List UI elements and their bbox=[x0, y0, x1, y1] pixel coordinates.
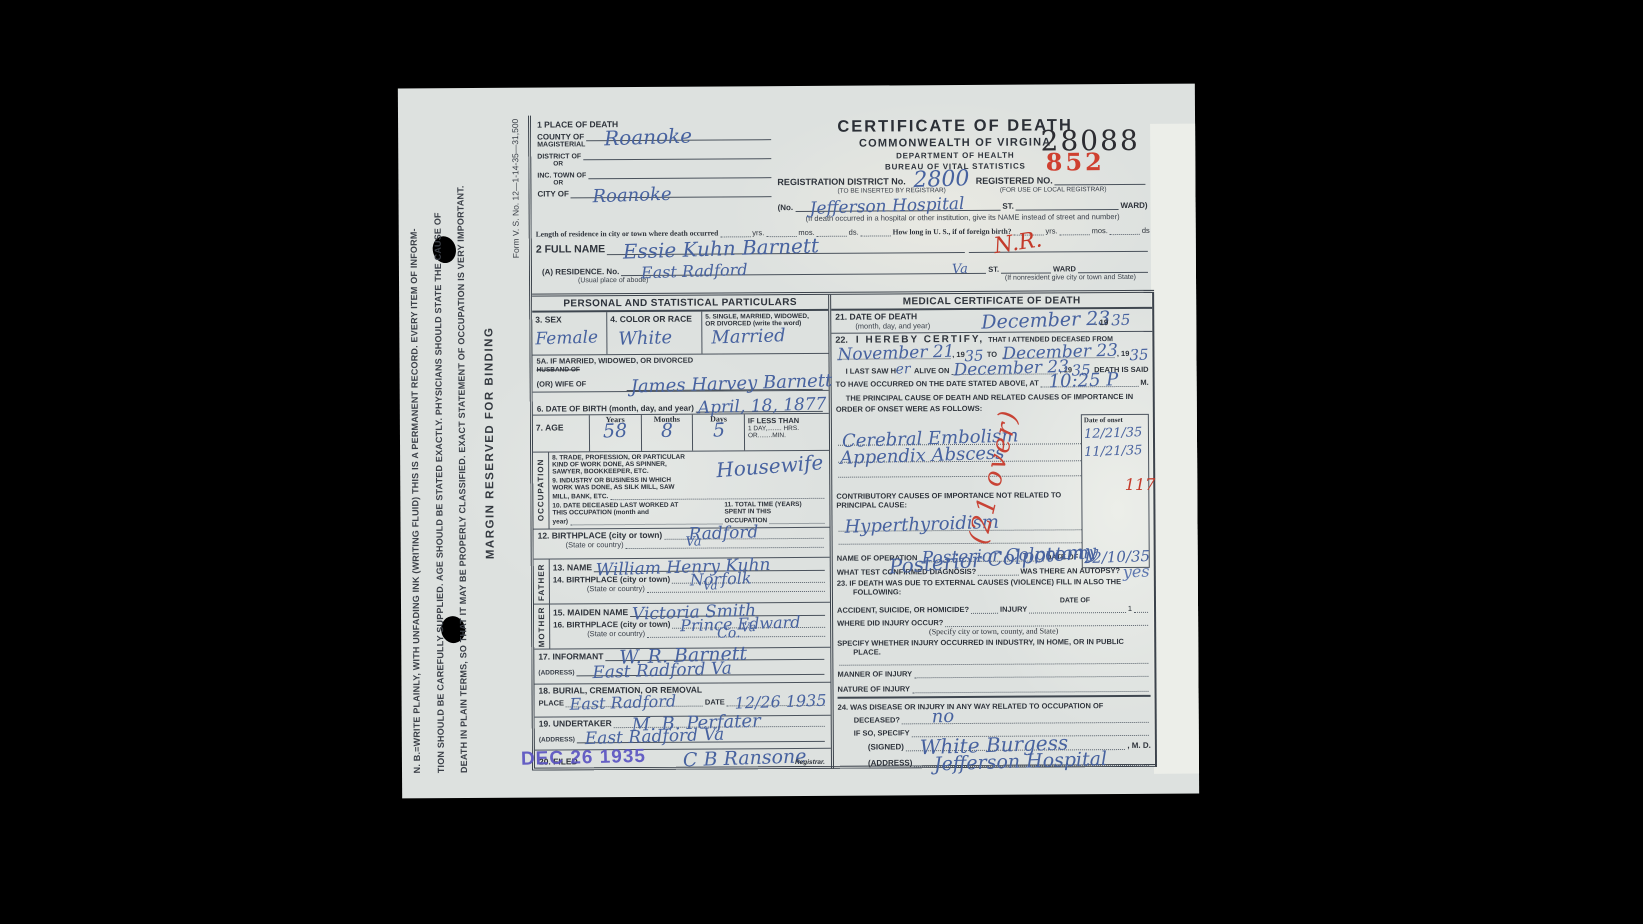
residence-length-line: Length of residence in city or town wher… bbox=[536, 226, 1150, 239]
nature-label: NATURE OF INJURY bbox=[837, 684, 910, 693]
city-of-label: CITY OF bbox=[537, 189, 568, 198]
residence-a-block: (A) RESIDENCE. No. East Radford Va ST. W… bbox=[542, 262, 1150, 285]
burial-date-label: DATE bbox=[705, 698, 725, 707]
contributory-label-1: CONTRIBUTORY CAUSES OF IMPORTANCE NOT RE… bbox=[836, 490, 1083, 501]
dotted-line: Appendix Abscess bbox=[838, 452, 1081, 462]
medical-column: MEDICAL CERTIFICATE OF DEATH 21. DATE OF… bbox=[831, 293, 1157, 769]
dotted-line: Co. Va bbox=[647, 628, 825, 638]
mother-bp-sub: (State or country) bbox=[587, 629, 645, 638]
mother-name-label: 15. MAIDEN NAME bbox=[553, 607, 628, 617]
form-columns: PERSONAL AND STATISTICAL PARTICULARS 3. … bbox=[532, 293, 1157, 771]
form-number: Form V. S. No. 12—1-14-35—31,500 bbox=[510, 113, 524, 773]
father-side-label-wrap: FATHER bbox=[534, 560, 550, 604]
informant-row: 17. INFORMANT W. R. Barnett (ADDRESS) Ea… bbox=[534, 648, 830, 685]
registrar-label: Registrar. bbox=[795, 759, 825, 766]
mos2-label: mos. bbox=[1092, 226, 1108, 235]
age-years-handwriting: 58 bbox=[603, 424, 628, 439]
nonresident-caption: (If nonresident give city or town and St… bbox=[1005, 274, 1136, 282]
ds2-label: ds bbox=[1142, 226, 1150, 235]
ward2-label: WARD bbox=[1053, 264, 1076, 273]
street-no-label: (No. bbox=[778, 203, 794, 212]
if-less-label-3: OR........MIN. bbox=[748, 432, 826, 439]
registration-block: REGISTRATION DISTRICT No. 2800 REGISTERE… bbox=[777, 174, 1147, 223]
marital-cell: 5. SINGLE, MARRIED, WIDOWED, OR DIVORCED… bbox=[702, 311, 828, 354]
meridian-label: M. bbox=[1140, 377, 1148, 386]
external-causes-block: 23. IF DEATH WAS DUE TO EXTERNAL CAUSES … bbox=[833, 576, 1155, 700]
write-line: East Radford Va bbox=[576, 664, 824, 677]
age-days-handwriting: 5 bbox=[712, 423, 725, 438]
occurred-label: TO HAVE OCCURRED ON THE DATE STATED ABOV… bbox=[836, 378, 1039, 388]
write-line: April, 18, 1877 bbox=[696, 401, 823, 413]
last-saw-label: I LAST SAW H bbox=[846, 366, 896, 375]
occ-rel-handwriting: no bbox=[932, 709, 955, 723]
age-months-cell: Months 8 bbox=[642, 414, 694, 450]
margin-nb-line1: N. B.=WRITE PLAINLY, WITH UNFADING INK (… bbox=[408, 113, 422, 773]
undertaker-addr-handwriting: East Radford Va bbox=[585, 729, 725, 746]
sex-label: 3. SEX bbox=[535, 314, 603, 324]
last-worked-label-3: year) bbox=[552, 518, 568, 525]
dotted-line bbox=[861, 227, 891, 236]
principal-label-1: THE PRINCIPAL CAUSE OF DEATH AND RELATED… bbox=[846, 391, 1149, 402]
mother-side-label-wrap: MOTHER bbox=[534, 605, 550, 649]
cause2-date-handwriting: 11/21/35 bbox=[1084, 446, 1143, 458]
test-autopsy-row: Posterior Colpotomy WHAT TEST CONFIRMED … bbox=[833, 561, 1154, 577]
certify-block: 22. I HEREBY CERTIFY, THAT I ATTENDED DE… bbox=[831, 332, 1152, 414]
margin-nb-line2: TION SHOULD BE CAREFULLY SUPPLIED. AGE S… bbox=[431, 113, 445, 773]
last-worked-cell: 10. DATE DECEASED LAST WORKED AT THIS OC… bbox=[552, 501, 724, 525]
dotted-line: December 23 bbox=[951, 365, 1057, 375]
red-117-annotation: 117 bbox=[1125, 474, 1156, 493]
dotted-line bbox=[914, 668, 1148, 678]
spouse-section-label: 5A. IF MARRIED, WIDOWED, OR DIVORCED bbox=[536, 355, 824, 366]
to-label: TO bbox=[987, 350, 997, 359]
spouse-handwriting: James Harvey Barnett bbox=[630, 375, 832, 395]
age-months-handwriting: 8 bbox=[661, 423, 674, 438]
age-row: 7. AGE Years 58 Months 8 Days 5 IF LESS … bbox=[533, 414, 829, 453]
ds-label: ds. bbox=[849, 228, 859, 237]
reg-district-label: REGISTRATION DISTRICT No. bbox=[777, 176, 905, 187]
cause1-date-handwriting: 12/21/35 bbox=[1084, 428, 1143, 440]
father-side-label: FATHER bbox=[537, 563, 546, 600]
injury-date-cell: DATE OF INJURY 1 bbox=[1000, 597, 1150, 614]
sex-cell: 3. SEX Female bbox=[532, 312, 607, 354]
reg-district-handwriting: 2800 bbox=[913, 171, 970, 189]
dotted-line bbox=[971, 605, 998, 614]
dotted-line: no bbox=[902, 714, 1149, 725]
filed-date-stamp: DEC 26 1935 bbox=[521, 746, 647, 771]
certify-no: 22. bbox=[835, 335, 848, 345]
abode-caption: (Usual place of abode) bbox=[578, 277, 648, 284]
birthplace-sub: (State or country) bbox=[566, 540, 624, 549]
dotted-line: Va bbox=[626, 538, 824, 548]
mother-main: 15. MAIDEN NAME Victoria Smith 16. BIRTH… bbox=[550, 603, 830, 649]
st2-label: ST. bbox=[988, 265, 999, 274]
yrs2-label: yrs. bbox=[1045, 226, 1057, 235]
father-block: FATHER 13. NAME William Henry Kuhn 14. B… bbox=[534, 558, 830, 605]
time-handwriting: 10:25 P bbox=[1049, 373, 1119, 389]
or-label-1: OR bbox=[553, 159, 773, 167]
spouse-row: 5A. IF MARRIED, WIDOWED, OR DIVORCED HUS… bbox=[532, 354, 828, 393]
date-of-death-row: 21. DATE OF DEATH (month, day, and year)… bbox=[831, 309, 1152, 334]
margin-nb-line3: DEATH IN PLAIN TERMS, SO THAT IT MAY BE … bbox=[455, 113, 469, 773]
residence-handwriting: East Radford bbox=[641, 264, 748, 279]
write-line: East Radford Va bbox=[621, 263, 986, 276]
certificate-numbers: 28088 852 bbox=[1029, 124, 1151, 177]
write-line bbox=[1055, 174, 1146, 186]
dotted-line: Jefferson Hospital bbox=[914, 757, 1149, 767]
write-line: Roanoke bbox=[571, 186, 772, 198]
occupation-related-block: 24. WAS DISEASE OR INJURY IN ANY WAY REL… bbox=[834, 700, 1155, 769]
birthplace-row: 12. BIRTHPLACE (city or town) Radford (S… bbox=[534, 527, 830, 560]
underlying-page-edge bbox=[1150, 124, 1199, 774]
local-registrar-caption: (FOR USE OF LOCAL REGISTRAR) bbox=[1000, 186, 1107, 194]
city-handwriting: Roanoke bbox=[593, 187, 673, 203]
dotted-line bbox=[769, 515, 824, 524]
to-year-prefix: , 19 bbox=[1117, 349, 1130, 358]
age-days-cell: Days 5 bbox=[693, 414, 745, 450]
where-sub: (Specify city or town, county, and State… bbox=[837, 626, 1150, 637]
dob-label: 6. DATE OF BIRTH (month, day, and year) bbox=[537, 403, 694, 413]
scan-background: N. B.=WRITE PLAINLY, WITH UNFADING INK (… bbox=[0, 0, 1643, 924]
write-line: James Harvey Barnett bbox=[627, 379, 823, 391]
signed-label: (SIGNED) bbox=[868, 742, 904, 751]
ifso-label: IF SO, SPECIFY bbox=[854, 728, 910, 737]
dod-year-prefix: . 19 bbox=[1095, 318, 1108, 327]
informant-addr-handwriting: East Radford Va bbox=[592, 662, 732, 679]
residence-state-handwriting: Va bbox=[952, 265, 968, 275]
write-line: Jefferson Hospital bbox=[795, 200, 1000, 212]
dotted-line bbox=[610, 490, 824, 500]
informant-label: 17. INFORMANT bbox=[538, 651, 603, 661]
mother-side-label: MOTHER bbox=[537, 607, 546, 648]
color-race-cell: 4. COLOR OR RACE White bbox=[607, 312, 702, 354]
registrar-signature: C B Ransone bbox=[683, 749, 807, 767]
external-label-2: FOLLOWING: bbox=[853, 586, 1150, 597]
md-label: , M. D. bbox=[1127, 741, 1151, 750]
dotted-line: East Radford bbox=[566, 698, 703, 708]
dotted-line bbox=[1060, 226, 1090, 235]
spouse-sublabels: HUSBAND OF (OR) WIFE OF bbox=[537, 366, 625, 392]
age-cell: 7. AGE bbox=[533, 415, 589, 451]
injury-suffix: 1 bbox=[1128, 604, 1132, 613]
place-of-death-block: 1 PLACE OF DEATH COUNTY OF Roanoke MAGIS… bbox=[537, 118, 773, 198]
write-line: Roanoke bbox=[586, 129, 771, 141]
age-years-cell: Years 58 bbox=[589, 415, 642, 451]
specify-label-2: PLACE. bbox=[853, 648, 881, 657]
certificate-paper: N. B.=WRITE PLAINLY, WITH UNFADING INK (… bbox=[398, 84, 1199, 799]
husband-of-label: HUSBAND OF bbox=[537, 366, 625, 374]
dob-handwriting: April, 18, 1877 bbox=[698, 398, 827, 415]
mother-bp-co-handwriting: Co. bbox=[717, 628, 741, 639]
sex-color-marital-row: 3. SEX Female 4. COLOR OR RACE White 5. … bbox=[532, 311, 828, 356]
write-line: Essie Kuhn Barnett bbox=[607, 242, 965, 255]
ward-label: WARD) bbox=[1120, 201, 1147, 210]
form-body: 1 PLACE OF DEATH COUNTY OF Roanoke MAGIS… bbox=[528, 112, 1157, 771]
write-line bbox=[588, 167, 771, 179]
industry-label-3: MILL, BANK, ETC. bbox=[552, 493, 608, 500]
dotted-line bbox=[817, 228, 847, 237]
marital-handwriting: Married bbox=[711, 329, 786, 345]
injury-label: INJURY bbox=[1000, 605, 1027, 614]
form-header: 1 PLACE OF DEATH COUNTY OF Roanoke MAGIS… bbox=[531, 112, 1154, 297]
color-race-label: 4. COLOR OR RACE bbox=[610, 314, 698, 325]
full-name-label: 2 FULL NAME bbox=[536, 243, 605, 255]
external-label-1: 23. IF DEATH WAS DUE TO EXTERNAL CAUSES … bbox=[837, 577, 1150, 588]
dod-handwriting: December 23 bbox=[981, 311, 1110, 329]
mother-bp-state-handwriting: Va bbox=[741, 623, 756, 632]
registered-no-label: REGISTERED NO. bbox=[976, 175, 1053, 185]
autopsy-handwriting: yes bbox=[1123, 566, 1150, 579]
father-name-label: 13. NAME bbox=[553, 563, 592, 573]
occupation-side-label-wrap: OCCUPATION bbox=[533, 452, 549, 528]
father-bp-state-handwriting: Va bbox=[703, 582, 718, 591]
write-line bbox=[1078, 262, 1148, 273]
age-label: 7. AGE bbox=[536, 422, 564, 432]
dotted-line: 12/26 1935 bbox=[727, 697, 825, 707]
county-handwriting: Roanoke bbox=[604, 128, 692, 146]
father-bp-sub: (State or country) bbox=[587, 584, 645, 593]
deceased-label: DECEASED? bbox=[854, 715, 900, 724]
write-line bbox=[1016, 199, 1119, 211]
her-handwriting: er bbox=[896, 364, 911, 375]
informant-addr-label: (ADDRESS) bbox=[538, 670, 574, 677]
hospital-handwriting: Jefferson Hospital bbox=[809, 198, 964, 216]
occupation-main: 8. TRADE, PROFESSION, OR PARTICULAR KIND… bbox=[549, 451, 829, 529]
spacer bbox=[648, 282, 1004, 284]
occupation-side-label: OCCUPATION bbox=[536, 459, 545, 522]
total-time-cell: 11. TOTAL TIME (YEARS) SPENT IN THIS OCC… bbox=[724, 501, 826, 525]
write-line bbox=[1001, 262, 1051, 273]
binding-margin: N. B.=WRITE PLAINLY, WITH UNFADING INK (… bbox=[408, 113, 524, 774]
occupation-block: OCCUPATION 8. TRADE, PROFESSION, OR PART… bbox=[533, 451, 829, 530]
where-label: WHERE DID INJURY OCCUR? bbox=[837, 618, 943, 628]
dotted-line: November 21 bbox=[837, 350, 950, 360]
trade-handwriting: Housewife bbox=[716, 455, 824, 478]
cause-area: Date of onset 12/21/35 11/21/35 Cerebral… bbox=[836, 426, 1150, 544]
write-line: East Radford Va bbox=[577, 731, 825, 744]
filed-row: 20. FILED C B Ransone Registrar. DEC 26 … bbox=[535, 749, 831, 771]
dotted-line bbox=[1029, 604, 1126, 614]
mother-block: MOTHER 15. MAIDEN NAME Victoria Smith 16… bbox=[534, 603, 830, 650]
dotted-line bbox=[839, 655, 1148, 666]
full-name-line: 2 FULL NAME Essie Kuhn Barnett N.R. bbox=[536, 240, 1150, 256]
dotted-line bbox=[838, 467, 1081, 477]
sex-handwriting: Female bbox=[535, 331, 598, 346]
burial-place-handwriting: East Radford bbox=[570, 696, 677, 711]
alive-on-label: ALIVE ON bbox=[914, 366, 949, 375]
cause2-handwriting: Appendix Abscess bbox=[840, 447, 1005, 466]
full-name-handwriting: Essie Kuhn Barnett bbox=[623, 238, 820, 259]
address-handwriting: Jefferson Hospital bbox=[934, 752, 1108, 772]
dotted-line: 10:25 P bbox=[1041, 377, 1139, 387]
wife-of-label: (OR) WIFE OF bbox=[537, 379, 587, 388]
burial-place-label: PLACE bbox=[539, 699, 564, 708]
residence-a-label: (A) RESIDENCE. No. bbox=[542, 267, 619, 276]
st-label: ST. bbox=[1002, 202, 1014, 211]
father-main: 13. NAME William Henry Kuhn 14. BIRTHPLA… bbox=[550, 558, 830, 604]
birthplace-state-handwriting: Va bbox=[685, 537, 701, 547]
specify-label-1: SPECIFY WHETHER INJURY OCCURRED IN INDUS… bbox=[837, 637, 1150, 648]
occ-rel-label-1: 24. WAS DISEASE OR INJURY IN ANY WAY REL… bbox=[838, 701, 1151, 712]
margin-binding-label: MARGIN RESERVED FOR BINDING bbox=[478, 113, 500, 773]
color-race-handwriting: White bbox=[618, 331, 672, 346]
attended-from-handwriting: November 21 bbox=[837, 346, 954, 363]
county-label: COUNTY OF bbox=[537, 132, 584, 141]
dotted-line bbox=[1110, 226, 1140, 235]
statistical-column: PERSONAL AND STATISTICAL PARTICULARS 3. … bbox=[532, 295, 834, 771]
undertaker-addr-label: (ADDRESS) bbox=[539, 736, 575, 743]
manner-label: MANNER OF INJURY bbox=[837, 669, 912, 678]
dotted-line: Hyperthyroidism bbox=[838, 521, 1081, 531]
onset-header: Date of onset bbox=[1084, 415, 1146, 423]
accident-label: ACCIDENT, SUICIDE, OR HOMICIDE? bbox=[837, 605, 969, 615]
dotted-line bbox=[1134, 604, 1148, 613]
if-less-label-1: IF LESS THAN bbox=[748, 416, 826, 425]
to-year-handwriting: 35 bbox=[1129, 349, 1148, 361]
if-less-cell: IF LESS THAN 1 DAY,........ HRS. OR.....… bbox=[745, 414, 829, 450]
undertaker-label: 19. UNDERTAKER bbox=[539, 718, 612, 728]
principal-label-2: ORDER OF ONSET WERE AS FOLLOWS: bbox=[836, 402, 1149, 413]
dotted-line: Va bbox=[647, 583, 825, 593]
burial-date-handwriting: 12/26 1935 bbox=[735, 695, 827, 710]
dotted-line bbox=[912, 683, 1149, 693]
address-label: (ADDRESS) bbox=[868, 758, 913, 767]
statistical-header: PERSONAL AND STATISTICAL PARTICULARS bbox=[532, 295, 828, 313]
dod-year-handwriting: 35 bbox=[1111, 315, 1130, 327]
